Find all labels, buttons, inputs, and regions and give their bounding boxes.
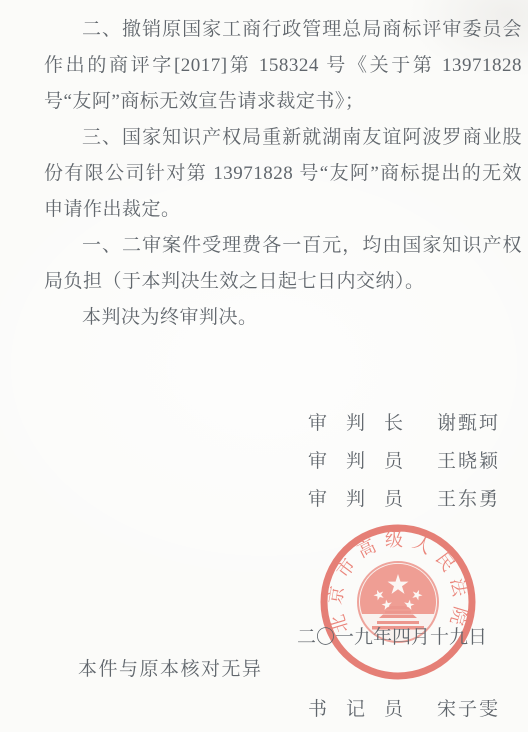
judge-name: 王东勇 <box>437 484 500 511</box>
judge-role: 审 判 员 <box>308 446 403 473</box>
clerk-role: 书 记 员 <box>308 694 403 721</box>
presiding-judge-role: 审 判 长 <box>308 408 403 435</box>
judgment-date: 二〇一九年四月十九日 <box>297 622 487 649</box>
clerk-row: 书 记 员 宋子雯 <box>308 694 500 721</box>
final-judgment-clause: 本判决为终审判决。 <box>44 300 522 336</box>
presiding-judge-row: 审 判 长 谢甄珂 <box>308 402 500 440</box>
judge-role: 审 判 员 <box>308 484 403 511</box>
judge-name: 王晓颖 <box>437 446 500 473</box>
judgment-document-page: 二、撤销原国家工商行政管理总局商标评审委员会作出的商评字[2017]第 1583… <box>0 0 528 732</box>
presiding-judge-name: 谢甄珂 <box>437 408 500 435</box>
judge-row: 审 判 员 王东勇 <box>308 478 500 516</box>
signature-block: 审 判 长 谢甄珂 审 判 员 王晓颖 审 判 员 王东勇 <box>308 402 500 516</box>
clerk-name: 宋子雯 <box>437 694 500 721</box>
court-seal: 北京市高级人民法院 <box>319 523 477 681</box>
judgment-item-2: 二、撤销原国家工商行政管理总局商标评审委员会作出的商评字[2017]第 1583… <box>44 12 522 120</box>
court-seal-graphic: 北京市高级人民法院 <box>319 523 477 681</box>
judge-row: 审 判 员 王晓颖 <box>308 440 500 478</box>
verification-note: 本件与原本核对无异 <box>78 654 263 681</box>
judgment-body: 二、撤销原国家工商行政管理总局商标评审委员会作出的商评字[2017]第 1583… <box>44 12 522 336</box>
judgment-item-3: 三、国家知识产权局重新就湖南友谊阿波罗商业股份有限公司针对第 13971828 … <box>44 120 522 228</box>
court-fees-clause: 一、二审案件受理费各一百元，均由国家知识产权局负担（于本判决生效之日起七日内交纳… <box>44 228 522 300</box>
